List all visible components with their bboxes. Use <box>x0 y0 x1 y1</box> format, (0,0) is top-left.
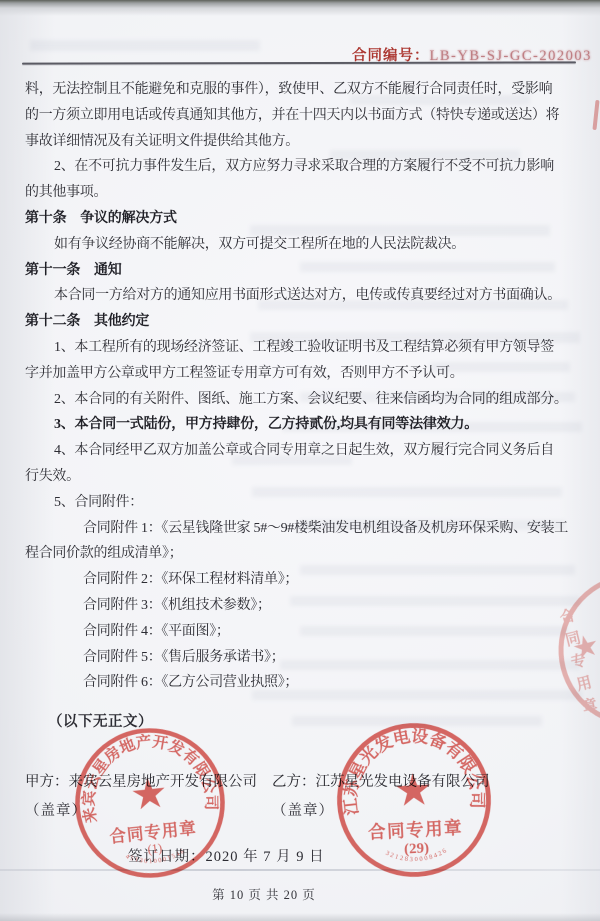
contract-line: 第十条 争议的解决方式 <box>25 206 587 232</box>
contract-line: 4、本合同经甲乙双方加盖公章或合同专用章之日起生效，双方履行完合同义务后自 <box>25 438 587 464</box>
contract-line: 合同附件 1：《云星钱隆世家 5#～9#楼柴油发电机组设备及机房环保采购、安装工 <box>25 516 587 542</box>
contract-line: 的其他事项。 <box>25 180 587 206</box>
star-icon: ★ <box>128 770 170 820</box>
scanned-contract-page: 合同编号：LB-YB-SJ-GC-202003 料，无法控制且不能避免和克服的事… <box>0 0 600 921</box>
print-through-artifact <box>30 40 260 51</box>
star-icon: ★ <box>393 765 435 816</box>
contract-line: 2、本合同的有关附件、图纸、施工方案、会议纪要、往来信函均为合同的组成部分。 <box>25 387 587 413</box>
contract-line: 1、本工程所有的现场经济签证、工程竣工验收证明书及工程结算必须有甲方领导签 <box>25 335 587 361</box>
contract-line: 3、本合同一式陆份，甲方持肆份，乙方持贰份,均具有同等法律效力。 <box>25 412 587 438</box>
stamp-number: (29) <box>404 840 430 857</box>
party-b-seal-stamp: 江苏星光发电设备有限公司 ★ 合同专用章 (29) 3212830008426 <box>326 712 503 889</box>
contract-lines: 料，无法控制且不能避免和克服的事件），致使甲、乙双方不能履行合同责任时，受影响的… <box>25 77 587 696</box>
contract-line: 5、合同附件： <box>25 490 587 516</box>
contract-line: 第十一条 通知 <box>25 258 587 284</box>
stamp-title: 合同专用章 <box>368 817 464 842</box>
contract-line: 的一方须立即用电话或传真通知其他方，并在十四天内以书面方式（特快专递或送达）将 <box>25 103 587 129</box>
contract-line: 合同附件 6：《乙方公司营业执照》； <box>25 670 587 696</box>
contract-line: 第十二条 其他约定 <box>25 309 587 335</box>
stamp-number: (1) <box>147 841 163 856</box>
contract-line: 料，无法控制且不能避免和克服的事件），致使甲、乙双方不能履行合同责任时，受影响 <box>25 77 587 103</box>
contract-line: 字并加盖甲方公章或甲方工程签证专用章方可有效，否则甲方不予认可。 <box>25 361 587 387</box>
contract-line: 本合同一方给对方的通知应用书面形式送达对方，电传或传真要经过对方书面确认。 <box>25 283 587 309</box>
contract-line: 程合同价款的组成清单》； <box>25 541 587 567</box>
contract-line: 行失效。 <box>25 464 587 490</box>
contract-line: 合同附件 5：《售后服务承诺书》； <box>25 645 587 671</box>
contract-line: 合同附件 3：《机组技术参数》； <box>25 593 587 619</box>
party-b-seal-note: （盖章） <box>272 799 334 820</box>
scan-bottom-edge <box>0 913 600 921</box>
contract-line: 合同附件 4：《平面图》； <box>25 619 587 645</box>
contract-line: 2、在不可抗力事件发生后，双方应努力寻求采取合理的方案履行不受不可抗力影响 <box>25 154 587 180</box>
contract-line: 合同附件 2：《环保工程材料清单》； <box>25 567 587 593</box>
red-ink-mark <box>592 100 599 130</box>
contract-line: 如有争议经协商不能解决，双方可提交工程所在地的人民法院裁决。 <box>25 232 587 258</box>
scan-top-edge <box>0 0 600 16</box>
party-a-seal-stamp: 来宾云星房地产开发有限公司 ★ 合同专用章 (1) 4513010001546 <box>60 713 240 893</box>
contract-line: 事故详细情况及有关证明文件提供给其他方。 <box>25 129 587 155</box>
